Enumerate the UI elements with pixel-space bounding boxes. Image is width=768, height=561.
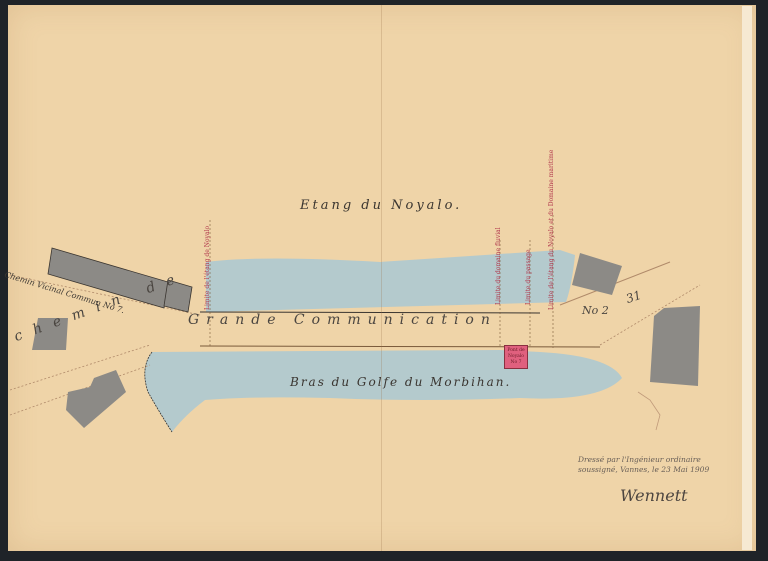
map-drawing	[0, 0, 768, 561]
etang-water	[206, 250, 575, 312]
etang-label: Etang du Noyalo.	[300, 198, 462, 213]
road-label: Grande Communication	[188, 312, 497, 328]
signature-text: Dressé par l'Ingénieur ordinaire soussig…	[578, 455, 728, 475]
annotation-2: Limite du domaine fluvial	[495, 227, 502, 305]
signature-name: Wennett	[620, 486, 688, 505]
building-4	[66, 370, 126, 428]
building-6	[650, 306, 700, 386]
fold-line	[381, 5, 382, 551]
bridge-structure: Pont de Noyalo No 7	[504, 345, 528, 369]
road-number-label: No 2	[582, 304, 609, 317]
bras-water	[145, 350, 622, 432]
bras-label: Bras du Golfe du Morbihan.	[290, 375, 511, 389]
annotation-4: Limite de l'étang du Noyalo et du Domain…	[548, 150, 555, 310]
annotation-1: Limite de l'étang de Noyalo	[204, 226, 211, 310]
building-5	[572, 253, 622, 295]
annotation-3: Limite du passage	[525, 249, 532, 305]
